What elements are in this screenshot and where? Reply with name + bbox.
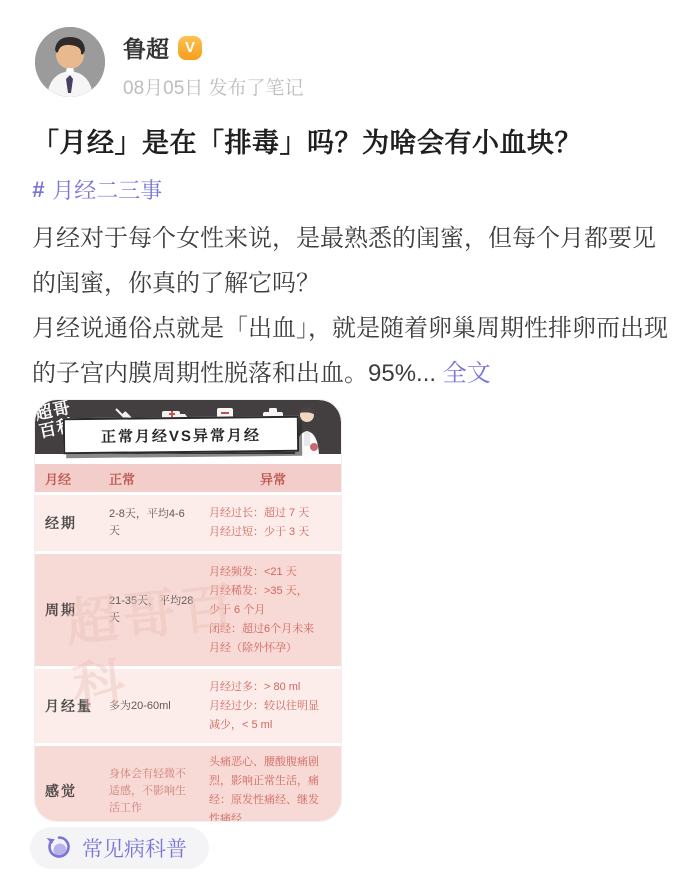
post-header: 鲁超 V 08月05日 发布了笔记 xyxy=(35,27,304,100)
hash-icon: # xyxy=(32,177,44,203)
comparison-table: 超哥百科 月经 正常 异常 经期 2-8天，平均4-6天 月经过长：超过 7 天… xyxy=(35,464,341,821)
username[interactable]: 鲁超 xyxy=(123,31,169,64)
avatar-doctor-illustration xyxy=(35,27,105,97)
avatar[interactable] xyxy=(35,27,105,97)
row-label: 月经量 xyxy=(35,690,99,722)
full-text-link[interactable]: 全文 xyxy=(443,360,491,387)
row-normal-value: 多为20-60ml xyxy=(99,692,199,721)
name-row: 鲁超 V xyxy=(123,31,304,64)
row-label: 感觉 xyxy=(35,775,99,807)
topic-tag-pill[interactable]: 常见病科普 xyxy=(30,827,209,869)
post-date: 08月05日 发布了笔记 xyxy=(123,73,304,100)
post-image-infographic[interactable]: 超哥百科 xyxy=(35,400,341,821)
row-normal-value: 21-35天，平均28天 xyxy=(99,587,199,633)
col-header-normal: 正常 xyxy=(99,463,199,494)
row-abnormal-value: 月经过长：超过 7 天 月经过短：少于 3 天 xyxy=(199,498,341,548)
row-normal-value: 身体会有轻微不 适感，不影响生 活工作 xyxy=(99,760,199,822)
row-label: 周期 xyxy=(35,594,99,626)
post-page: 鲁超 V 08月05日 发布了笔记 「月经」是在「排毒」吗？为啥会有小血块？ #… xyxy=(0,0,700,875)
header-text: 鲁超 V 08月05日 发布了笔记 xyxy=(123,27,304,100)
chat-bubble-icon xyxy=(46,835,72,861)
row-normal-value: 2-8天，平均4-6天 xyxy=(99,500,199,546)
post-body: 月经对于每个女性来说，是最熟悉的闺蜜，但每个月都要见的闺蜜，你真的了解它吗？ 月… xyxy=(32,216,677,396)
table-row: 月经量 多为20-60ml 月经过多：> 80 ml 月经过少：较以往明显 减少… xyxy=(35,669,341,743)
table-row: 经期 2-8天，平均4-6天 月经过长：超过 7 天 月经过短：少于 3 天 xyxy=(35,495,341,551)
infographic-dark-header: 超哥百科 xyxy=(35,400,341,454)
hashtag-link[interactable]: # 月经二三事 xyxy=(32,174,162,205)
topic-tag-label: 常见病科普 xyxy=(82,833,187,863)
post-body-text: 月经对于每个女性来说，是最熟悉的闺蜜，但每个月都要见的闺蜜，你真的了解它吗？ 月… xyxy=(32,225,668,387)
infographic-banner-title: 正常月经VS异常月经 xyxy=(101,424,261,447)
row-abnormal-value: 头痛恶心、腰酸腹痛剧 烈，影响正常生活，痛 经：原发性痛经、继发 性痛经 xyxy=(199,747,341,821)
row-label: 经期 xyxy=(35,507,99,539)
table-row: 周期 21-35天，平均28天 月经频发：<21 天 月经稀发：>35 天， 少… xyxy=(35,554,341,666)
row-abnormal-value: 月经过多：> 80 ml 月经过少：较以往明显 减少，< 5 ml xyxy=(199,672,341,741)
row-abnormal-value: 月经频发：<21 天 月经稀发：>35 天， 少于 6 个月 闭经：超过6个月未… xyxy=(199,557,341,664)
col-header-abnormal: 异常 xyxy=(199,463,341,494)
post-title: 「月经」是在「排毒」吗？为啥会有小血块？ xyxy=(32,121,672,160)
hashtag-label: 月经二三事 xyxy=(52,174,162,205)
table-row: 感觉 身体会有轻微不 适感，不影响生 活工作 头痛恶心、腰酸腹痛剧 烈，影响正常… xyxy=(35,746,341,821)
col-header-topic: 月经 xyxy=(35,463,99,494)
table-header-row: 月经 正常 异常 xyxy=(35,464,341,492)
infographic-banner: 正常月经VS异常月经 xyxy=(63,416,299,454)
verified-badge-icon: V xyxy=(178,36,202,60)
